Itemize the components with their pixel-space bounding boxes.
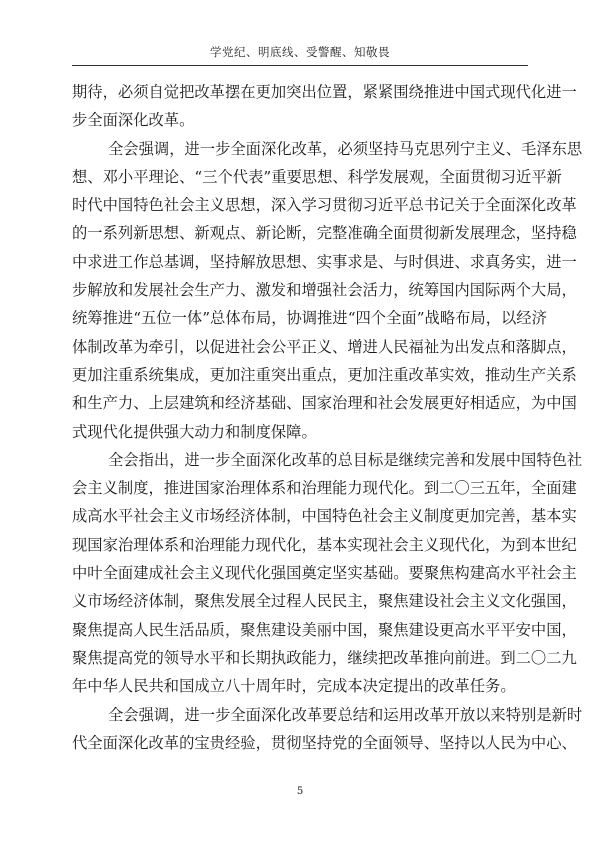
text-line: 全会强调，进一步全面深化改革，必须坚持马克思列宁主义、毛泽东思 [72,135,528,163]
text-line: 体制改革为牵引，以促进社会公平正义、增进人民福祉为出发点和落脚点， [72,333,528,361]
text-line: 聚焦提高人民生活品质，聚焦建设美丽中国，聚焦建设更高水平平安中国， [72,616,528,644]
text-line: 现国家治理体系和治理能力现代化，基本实现社会主义现代化，为到本世纪 [72,531,528,559]
text-line: 式现代化提供强大动力和制度保障。 [72,418,528,446]
text-line: 统筹推进“五位一体”总体布局，协调推进“四个全面”战略布局，以经济 [72,304,528,332]
text-line: 年中华人民共和国成立八十周年时，完成本决定提出的改革任务。 [72,672,528,700]
text-line: 时代中国特色社会主义思想，深入学习贯彻习近平总书记关于全面深化改革 [72,191,528,219]
text-line: 想、邓小平理论、“三个代表”重要思想、科学发展观，全面贯彻习近平新 [72,163,528,191]
text-line: 期待，必须自觉把改革摆在更加突出位置，紧紧围绕推进中国式现代化进一 [72,78,528,106]
text-line: 步全面深化改革。 [72,106,528,134]
header-divider [72,65,528,66]
paragraph: 全会强调，进一步全面深化改革要总结和运用改革开放以来特别是新时代全面深化改革的宝… [72,701,528,758]
text-line: 义市场经济体制，聚焦发展全过程人民民主，聚焦建设社会主义文化强国， [72,587,528,615]
text-line: 会主义制度，推进国家治理体系和治理能力现代化。到二〇三五年，全面建 [72,474,528,502]
page-number: 5 [0,786,600,797]
text-line: 成高水平社会主义市场经济体制，中国特色社会主义制度更加完善，基本实 [72,502,528,530]
text-line: 全会指出，进一步全面深化改革的总目标是继续完善和发展中国特色社 [72,446,528,474]
text-line: 更加注重系统集成，更加注重突出重点，更加注重改革实效，推动生产关系 [72,361,528,389]
paragraph: 期待，必须自觉把改革摆在更加突出位置，紧紧围绕推进中国式现代化进一步全面深化改革… [72,78,528,135]
document-body: 期待，必须自觉把改革摆在更加突出位置，紧紧围绕推进中国式现代化进一步全面深化改革… [72,78,528,757]
text-line: 和生产力、上层建筑和经济基础、国家治理和社会发展更好相适应，为中国 [72,389,528,417]
text-line: 聚焦提高党的领导水平和长期执政能力，继续把改革推向前进。到二〇二九 [72,644,528,672]
text-line: 全会强调，进一步全面深化改革要总结和运用改革开放以来特别是新时 [72,701,528,729]
paragraph: 全会强调，进一步全面深化改革，必须坚持马克思列宁主义、毛泽东思想、邓小平理论、“… [72,135,528,446]
text-line: 步解放和发展社会生产力、激发和增强社会活力，统筹国内国际两个大局， [72,276,528,304]
header-title: 学党纪、明底线、受警醒、知敬畏 [0,44,600,60]
text-line: 中叶全面建成社会主义现代化强国奠定坚实基础。要聚焦构建高水平社会主 [72,559,528,587]
text-line: 的一系列新思想、新观点、新论断，完整准确全面贯彻新发展理念，坚持稳 [72,219,528,247]
paragraph: 全会指出，进一步全面深化改革的总目标是继续完善和发展中国特色社会主义制度，推进国… [72,446,528,701]
text-line: 代全面深化改革的宝贵经验，贯彻坚持党的全面领导、坚持以人民为中心、 [72,729,528,757]
text-line: 中求进工作总基调，坚持解放思想、实事求是、与时俱进、求真务实，进一 [72,248,528,276]
